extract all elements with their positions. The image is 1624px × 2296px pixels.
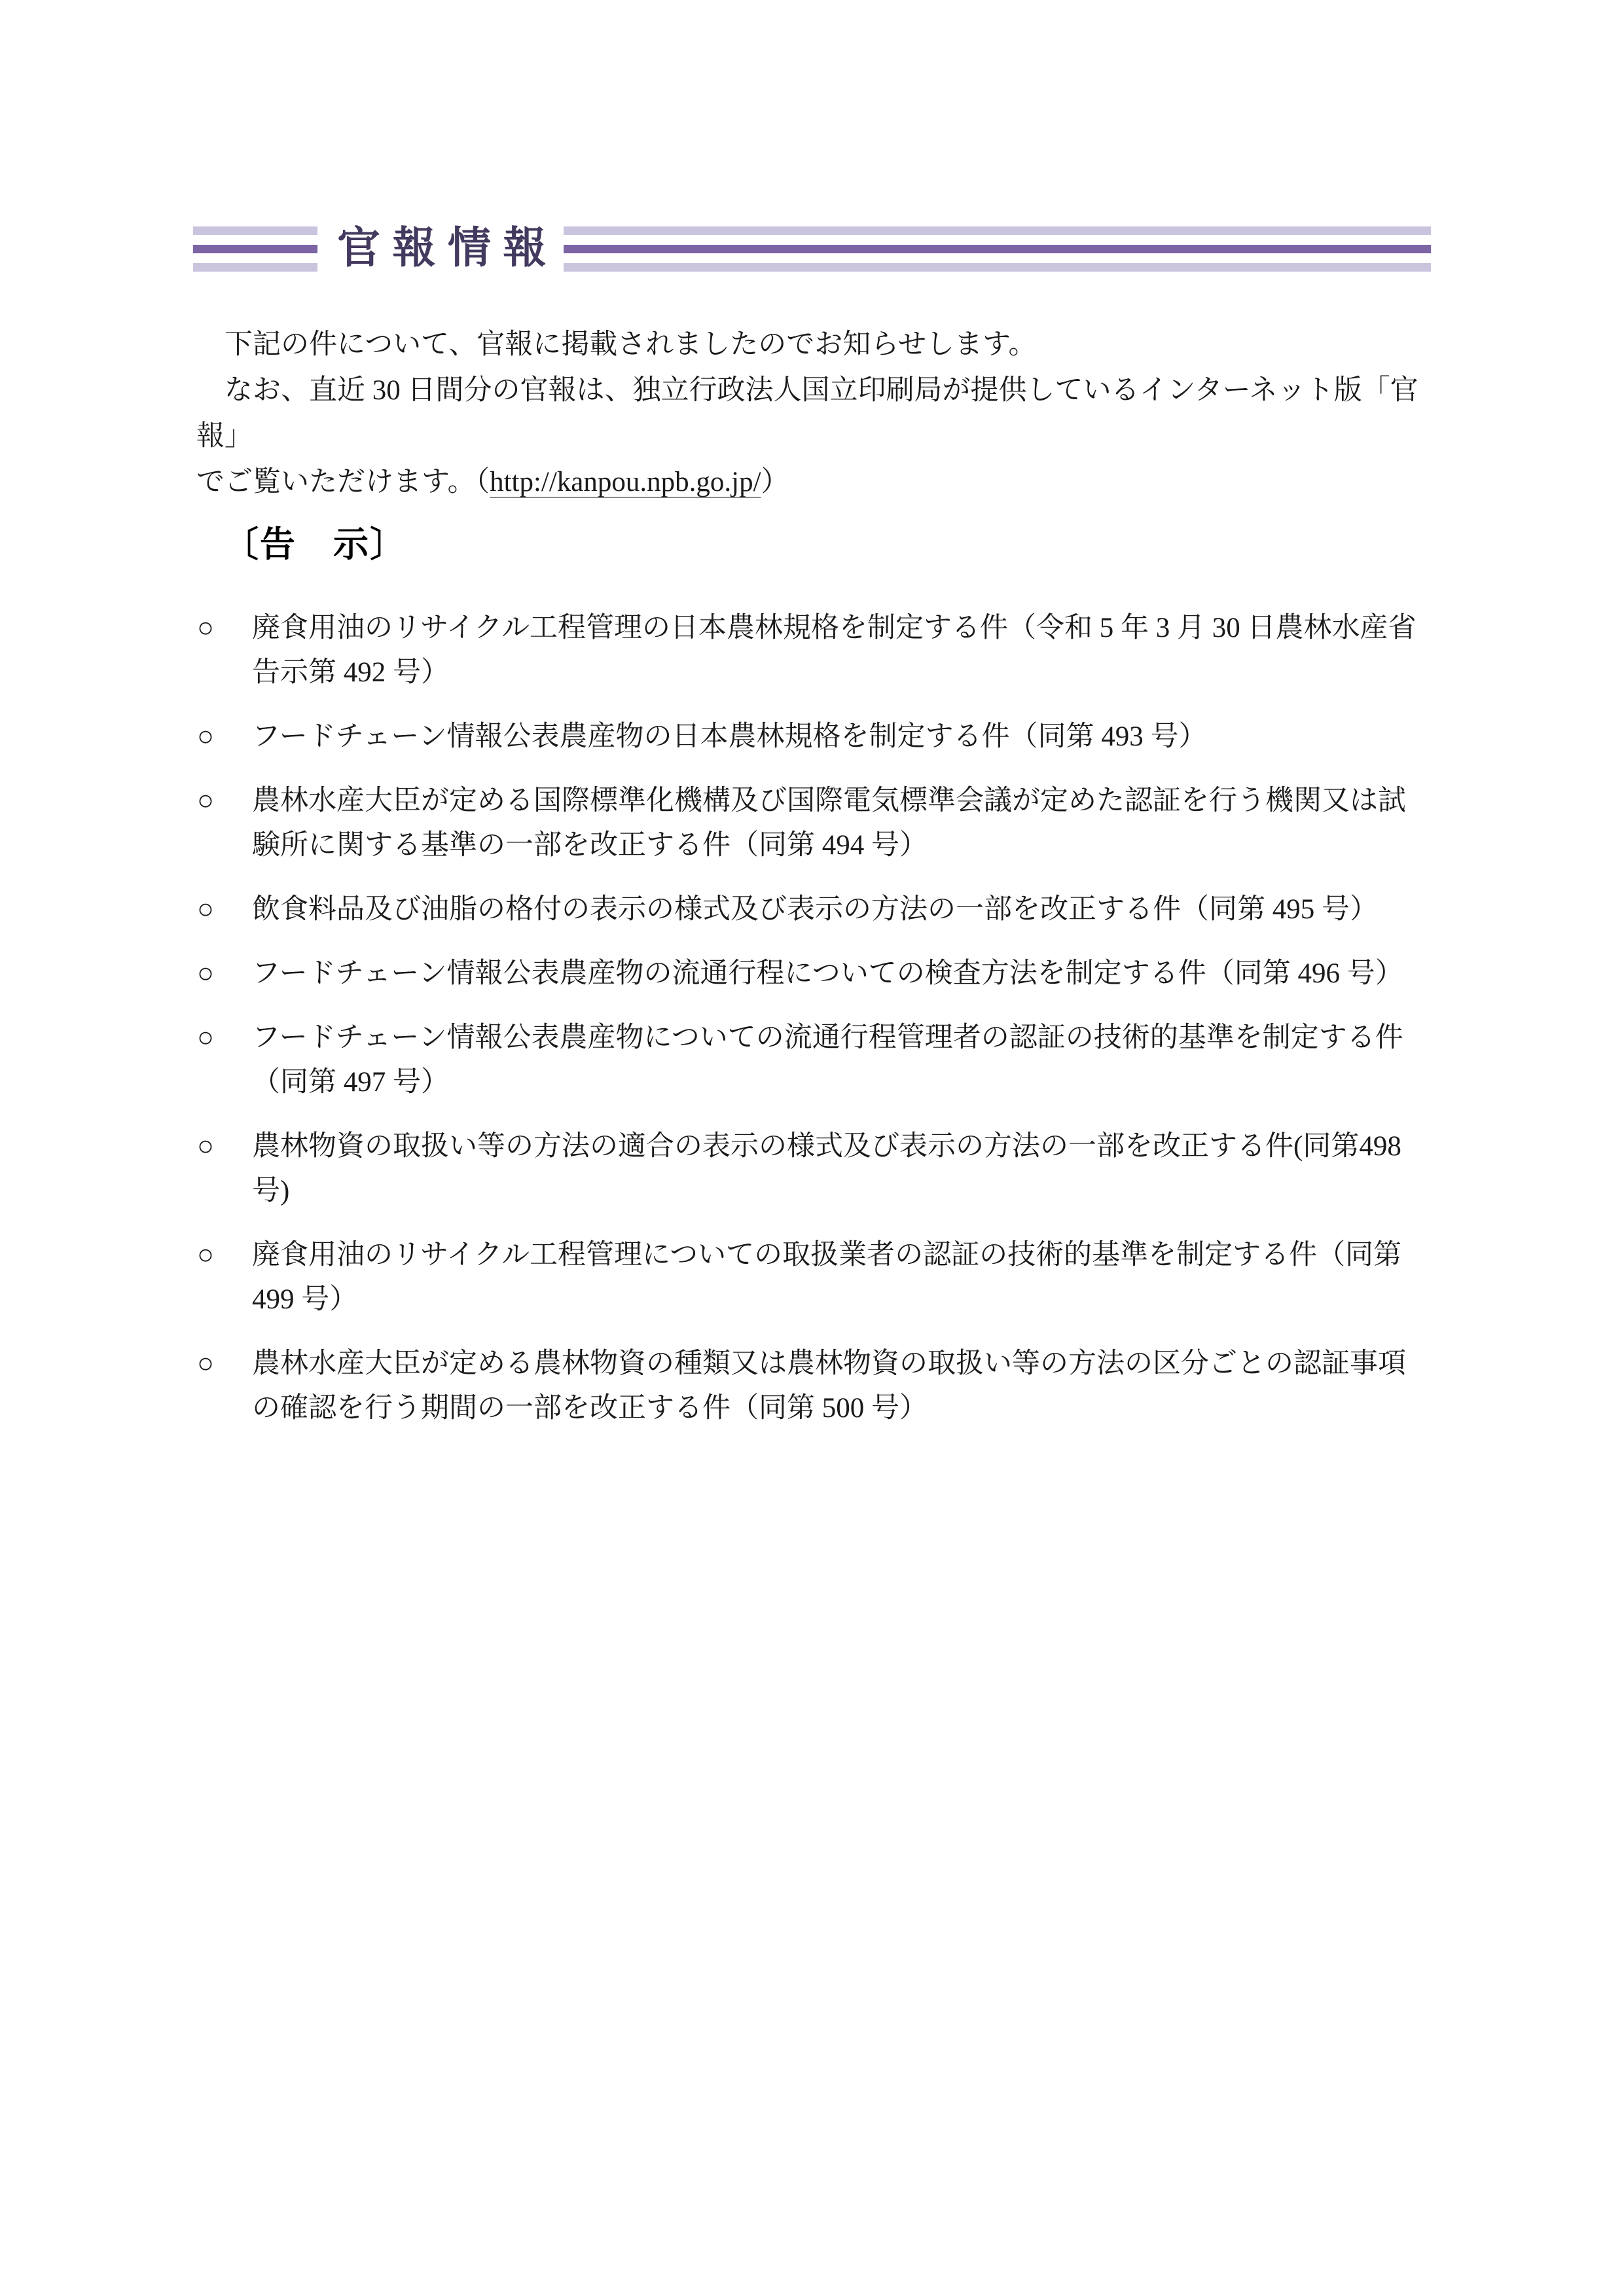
notice-list: ○ 廃食用油のリサイクル工程管理の日本農林規格を制定する件（令和 5 年 3 月…	[196, 606, 1434, 1450]
notice-item: ○ 農林水産大臣が定める農林物資の種類又は農林物資の取扱い等の方法の区分ごとの認…	[196, 1342, 1434, 1431]
circle-bullet: ○	[196, 1342, 252, 1386]
intro-line-2: なお、直近 30 日間分の官報は、独立行政法人国立印刷局が提供しているインターネ…	[196, 368, 1434, 459]
circle-bullet: ○	[196, 952, 252, 996]
notice-section-heading: 〔告 示〕	[223, 523, 406, 566]
notice-item-text: フードチェーン情報公表農産物についての流通行程管理者の認証の技術的基準を制定する…	[252, 1016, 1434, 1105]
stripe-dark-middle	[193, 245, 317, 253]
notice-item: ○ フードチェーン情報公表農産物についての流通行程管理者の認証の技術的基準を制定…	[196, 1016, 1434, 1105]
notice-item-text: 農林水産大臣が定める国際標準化機構及び国際電気標準会議が定めた認証を行う機関又は…	[252, 779, 1434, 868]
notice-item: ○ フードチェーン情報公表農産物の流通行程についての検査方法を制定する件（同第 …	[196, 952, 1434, 996]
stripe-light-top	[564, 226, 1431, 235]
notice-item-text: 農林水産大臣が定める農林物資の種類又は農林物資の取扱い等の方法の区分ごとの認証事…	[252, 1342, 1434, 1431]
circle-bullet: ○	[196, 779, 252, 823]
circle-bullet: ○	[196, 888, 252, 932]
page-title: 官報情報	[317, 226, 564, 272]
stripe-light-top	[193, 226, 317, 235]
notice-item: ○ フードチェーン情報公表農産物の日本農林規格を制定する件（同第 493 号）	[196, 715, 1434, 759]
stripe-dark-middle	[564, 245, 1431, 253]
intro-paragraphs: 下記の件について、官報に掲載されましたのでお知らせします。 なお、直近 30 日…	[196, 322, 1434, 505]
circle-bullet: ○	[196, 606, 252, 651]
notice-item-text: 飲食料品及び油脂の格付の表示の様式及び表示の方法の一部を改正する件（同第 495…	[252, 888, 1434, 932]
circle-bullet: ○	[196, 1124, 252, 1169]
gazette-page: { "header": { "title": "官報情報", "title_co…	[0, 0, 1624, 2296]
notice-item: ○ 廃食用油のリサイクル工程管理についての取扱業者の認証の技術的基準を制定する件…	[196, 1233, 1434, 1322]
notice-item-text: フードチェーン情報公表農産物の日本農林規格を制定する件（同第 493 号）	[252, 715, 1434, 759]
circle-bullet: ○	[196, 715, 252, 759]
notice-item-text: フードチェーン情報公表農産物の流通行程についての検査方法を制定する件（同第 49…	[252, 952, 1434, 996]
header-stripes-right	[564, 226, 1431, 272]
intro-line-3: でご覧いただけます。（http://kanpou.npb.go.jp/）	[196, 459, 1434, 505]
notice-item-text: 農林物資の取扱い等の方法の適合の表示の様式及び表示の方法の一部を改正する件(同第…	[252, 1124, 1434, 1213]
kanpou-url[interactable]: http://kanpou.npb.go.jp/	[490, 467, 761, 497]
header-stripes-left	[193, 226, 317, 272]
intro-line-1: 下記の件について、官報に掲載されましたのでお知らせします。	[196, 322, 1434, 368]
notice-item: ○ 農林水産大臣が定める国際標準化機構及び国際電気標準会議が定めた認証を行う機関…	[196, 779, 1434, 868]
notice-item: ○ 廃食用油のリサイクル工程管理の日本農林規格を制定する件（令和 5 年 3 月…	[196, 606, 1434, 695]
notice-item: ○ 農林物資の取扱い等の方法の適合の表示の様式及び表示の方法の一部を改正する件(…	[196, 1124, 1434, 1213]
intro-line-3-prefix: でご覧いただけます。（	[196, 467, 490, 497]
stripe-light-bottom	[193, 263, 317, 272]
notice-item-text: 廃食用油のリサイクル工程管理の日本農林規格を制定する件（令和 5 年 3 月 3…	[252, 606, 1434, 695]
circle-bullet: ○	[196, 1233, 252, 1278]
stripe-light-bottom	[564, 263, 1431, 272]
notice-item: ○ 飲食料品及び油脂の格付の表示の様式及び表示の方法の一部を改正する件（同第 4…	[196, 888, 1434, 932]
intro-line-3-suffix: ）	[761, 467, 789, 497]
circle-bullet: ○	[196, 1016, 252, 1060]
notice-item-text: 廃食用油のリサイクル工程管理についての取扱業者の認証の技術的基準を制定する件（同…	[252, 1233, 1434, 1322]
gazette-header: 官報情報	[193, 225, 1431, 272]
